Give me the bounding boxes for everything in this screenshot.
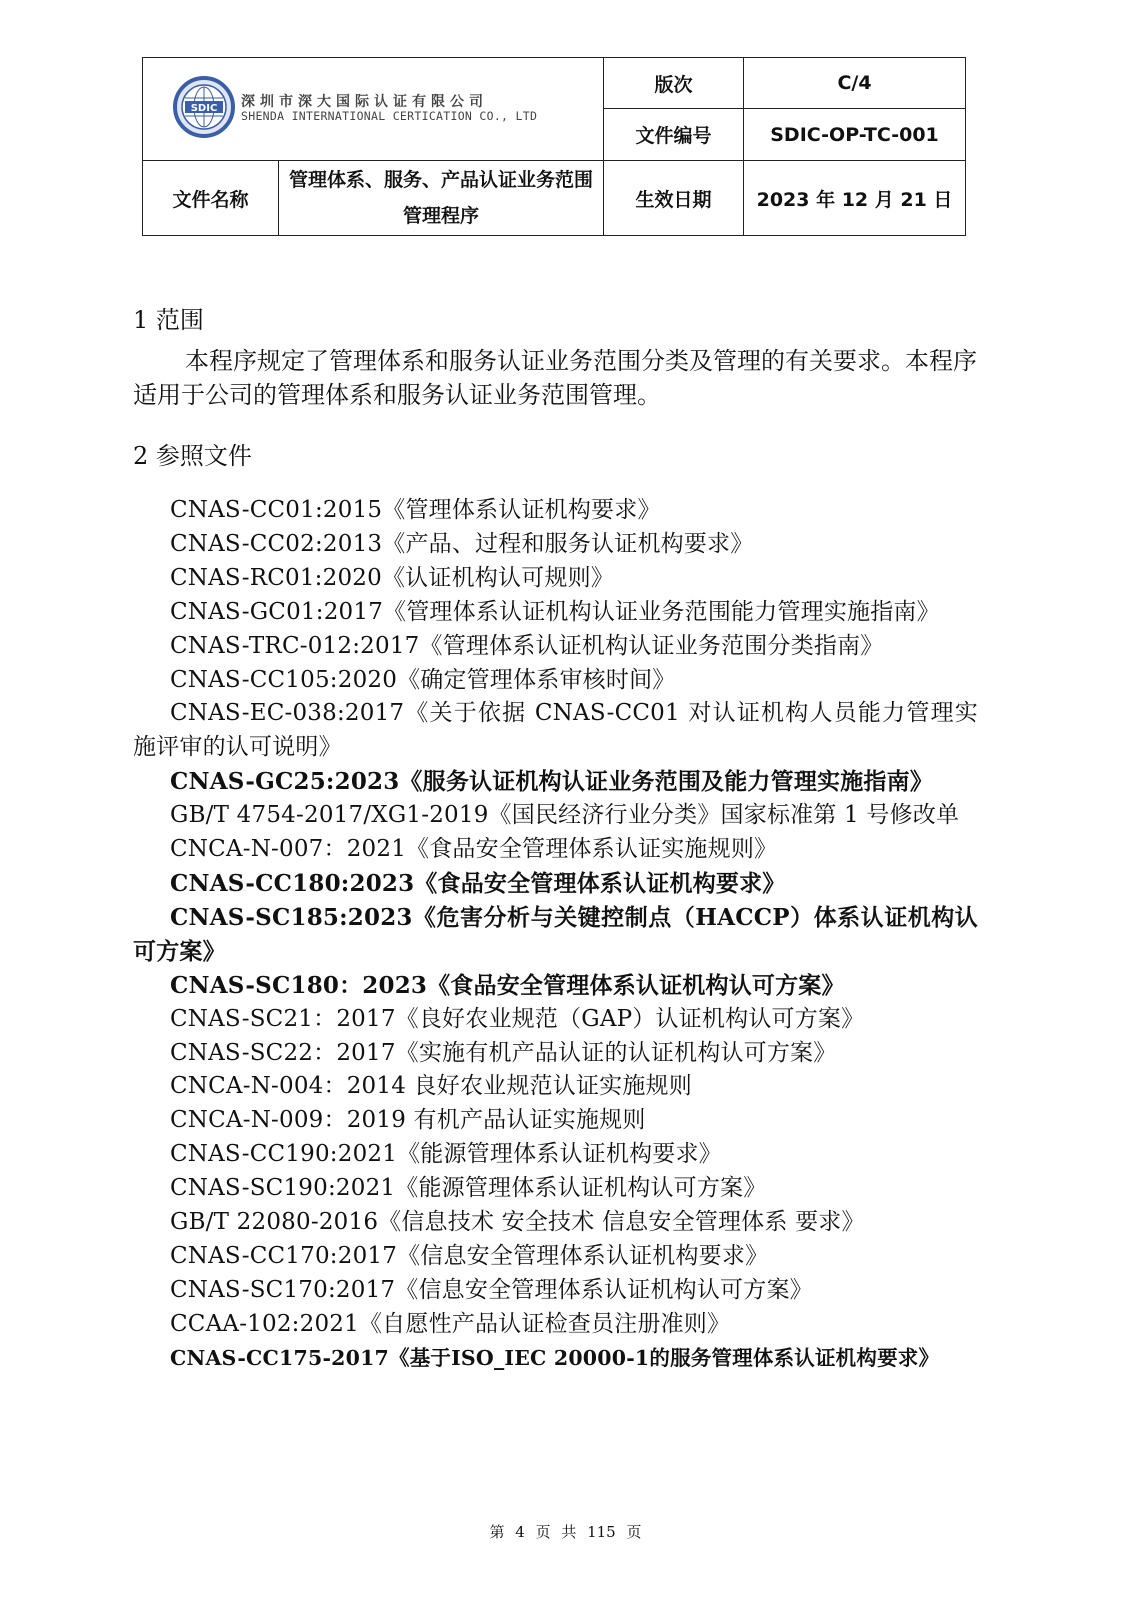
- reference-item: CNAS-RC01:2020《认证机构认可规则》: [133, 562, 978, 596]
- page-number: 第 4 页 共 115 页: [0, 1521, 1131, 1542]
- effective-date-label: 生效日期: [604, 161, 744, 236]
- scope-paragraph: 本程序规定了管理体系和服务认证业务范围分类及管理的有关要求。本程序适用于公司的管…: [133, 344, 983, 412]
- reference-item: CNAS-TRC-012:2017《管理体系认证机构认证业务范围分类指南》: [133, 630, 978, 664]
- reference-item: CNAS-CC175-2017《基于ISO_IEC 20000-1的服务管理体系…: [133, 1342, 978, 1376]
- reference-item: CNCA-N-009：2019 有机产品认证实施规则: [133, 1104, 978, 1138]
- version-label: 版次: [604, 58, 744, 109]
- reference-item: CNAS-SC170:2017《信息安全管理体系认证机构认可方案》: [133, 1274, 978, 1308]
- reference-item: CNCA-N-004：2014 良好农业规范认证实施规则: [133, 1070, 978, 1104]
- doc-number-label: 文件编号: [604, 109, 744, 161]
- doc-number-value: SDIC-OP-TC-001: [744, 109, 966, 161]
- reference-item: CNAS-SC180：2023《食品安全管理体系认证机构认可方案》: [133, 969, 978, 1003]
- reference-item: GB/T 4754-2017/XG1-2019《国民经济行业分类》国家标准第 1…: [133, 799, 978, 833]
- reference-item: CNAS-CC02:2013《产品、过程和服务认证机构要求》: [133, 528, 978, 562]
- reference-item: CNAS-CC180:2023《食品安全管理体系认证机构要求》: [133, 867, 978, 901]
- reference-item: CNAS-GC25:2023《服务认证机构认证业务范围及能力管理实施指南》: [133, 765, 978, 799]
- doc-name-value: 管理体系、服务、产品认证业务范围管理程序: [279, 161, 604, 236]
- reference-item: CNAS-CC01:2015《管理体系认证机构要求》: [133, 494, 978, 528]
- reference-list: CNAS-CC01:2015《管理体系认证机构要求》 CNAS-CC02:201…: [133, 494, 978, 1376]
- effective-date-value: 2023 年 12 月 21 日: [744, 161, 966, 236]
- reference-item: CNAS-GC01:2017《管理体系认证机构认证业务范围能力管理实施指南》: [133, 596, 978, 630]
- reference-item: CNAS-CC170:2017《信息安全管理体系认证机构要求》: [133, 1240, 978, 1274]
- company-logo-icon: SDIC: [173, 76, 235, 143]
- reference-item: CNAS-EC-038:2017《关于依据 CNAS-CC01 对认证机构人员能…: [133, 697, 978, 765]
- reference-item: CNAS-SC22：2017《实施有机产品认证的认证机构认可方案》: [133, 1037, 978, 1071]
- section-heading-scope: 1 范围: [133, 300, 204, 335]
- reference-item: CCAA-102:2021《自愿性产品认证检查员注册准则》: [133, 1308, 978, 1342]
- version-value: C/4: [744, 58, 966, 109]
- svg-text:SDIC: SDIC: [191, 103, 218, 114]
- reference-item: CNAS-SC21：2017《良好农业规范（GAP）认证机构认可方案》: [133, 1003, 978, 1037]
- section-heading-references: 2 参照文件: [133, 436, 252, 471]
- reference-item: CNAS-CC105:2020《确定管理体系审核时间》: [133, 664, 978, 698]
- reference-item: CNAS-SC185:2023《危害分析与关键控制点（HACCP）体系认证机构认…: [133, 901, 978, 969]
- company-logo-cell: SDIC 深圳市深大国际认证有限公司 SHENDA INTERNATIONAL …: [143, 58, 604, 161]
- company-name-cn: 深圳市深大国际认证有限公司: [241, 94, 537, 110]
- doc-name-label: 文件名称: [143, 161, 279, 236]
- reference-item: GB/T 22080-2016《信息技术 安全技术 信息安全管理体系 要求》: [133, 1206, 978, 1240]
- reference-item: CNAS-CC190:2021《能源管理体系认证机构要求》: [133, 1138, 978, 1172]
- reference-item: CNCA-N-007：2021《食品安全管理体系认证实施规则》: [133, 833, 978, 867]
- company-name-en: SHENDA INTERNATIONAL CERTICATION CO., LT…: [241, 110, 537, 123]
- reference-item: CNAS-SC190:2021《能源管理体系认证机构认可方案》: [133, 1172, 978, 1206]
- document-header-table: SDIC 深圳市深大国际认证有限公司 SHENDA INTERNATIONAL …: [142, 57, 966, 236]
